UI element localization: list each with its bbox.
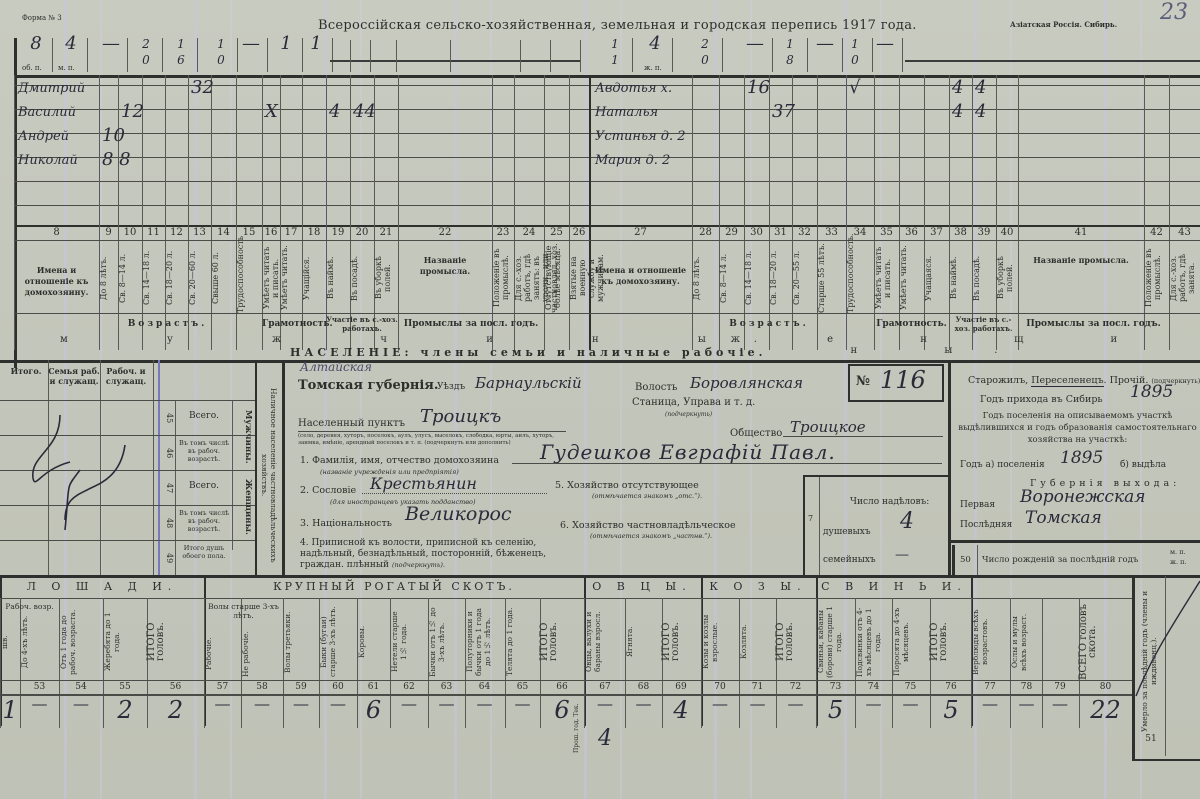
column-number: 16 [262,227,280,238]
group-label: Возрастъ. [692,319,846,329]
tally-label-total: об. п. [22,64,42,72]
column-header: Для с.-хоз. работъ, гдѣ занята. [1169,243,1200,313]
livestock-column-header: ИТОГО головъ. [776,604,815,680]
household-number-box: № 116 [848,364,944,402]
tally-cell: 2 0 [130,36,162,68]
births-fraction: м. п. ж. п. [1170,547,1187,567]
summary-row-num: 49 [160,548,174,568]
livestock-value[interactable]: — [1010,694,1043,713]
births-male: м. п. [1170,547,1187,557]
column-header: Трудоспособность [236,243,262,313]
q1-value[interactable]: Гудешков Евграфій Павл. [540,440,836,464]
livestock-value[interactable]: — [1042,694,1078,713]
column-header: Въ уборкѣ полей. [996,243,1018,313]
livestock-column-number: 58 [241,682,283,692]
livestock-column-header: Не рабочіе. [241,624,283,684]
births-num: 50 [960,555,971,565]
livestock-column-number: 70 [701,682,739,692]
stanitsa-label: Станица, Управа и т. д. [632,397,755,408]
livestock-column-header: ИТОГО головъ. [147,604,204,680]
tally-cell: 1 [270,36,302,52]
settlement-hint: (село, деревня, хуторъ, поселокъ, аулъ, … [298,433,568,447]
livestock-column-number: 77 [971,682,1009,692]
column-header: Свыше 60 л. [211,243,236,313]
first-value[interactable]: Воронежская [1020,487,1146,507]
column-header: Положеніе въ промыслѣ. [492,243,514,313]
livestock-column-number: 78 [1010,682,1043,692]
livestock-column-header: Отъ 1 года до рабоч. возраста. [59,604,103,680]
livestock-value[interactable]: — [283,694,319,713]
column-header: Св. 18—20 л. [165,243,188,313]
tally-cell: — [810,36,840,52]
livestock-value[interactable]: — [428,694,465,713]
livestock-column-header: Бычки отъ 1½ до 3-хъ лѣтъ. [428,604,465,680]
summary-header: Семья раб. и служащ. [48,366,100,386]
column-number: 43 [1169,227,1200,238]
female-cell[interactable]: 4 [975,101,986,122]
livestock-column-header: Ягнята. [625,604,662,680]
column-number: 30 [744,227,769,238]
tally-cell: — [740,36,770,52]
livestock-column-number: 59 [283,682,319,692]
summary-row-label: Итого душъ обоего пола. [176,544,232,560]
volost-label: Волость [635,382,677,393]
livestock-column-header: Козы и козлы взрослые. [701,604,739,680]
column-header: Св. 20—60 л. [188,243,211,313]
uezd-value[interactable]: Барнаульскій [475,374,582,392]
livestock-column-header: Свиньи, кабаны (борови) старше 1 года. [816,604,855,680]
column-number: 12 [165,227,188,238]
population-summary: Итого.Семья раб. и служащ.Рабоч. и служа… [0,360,280,575]
column-header: Имена и отношеніе къ домохозяину. [16,265,97,298]
livestock-value[interactable]: — [892,694,929,713]
female-name[interactable]: Мария д. 2 [595,153,670,168]
livestock-group-title: КРУПНЫЙ РОГАТЫЙ СКОТЪ. [204,580,584,593]
column-number: 9 [99,227,118,238]
province-printed: Томская губернія. [298,378,438,393]
summary-row-label: Всего. [176,482,232,490]
livestock-value[interactable]: — [20,694,59,713]
summary-row-label: Въ томъ числѣ въ рабоч. возрастѣ. [176,509,232,533]
livestock-column-number: 62 [390,682,428,692]
column-number: 40 [996,227,1018,238]
column-number: 36 [899,227,924,238]
page-number: 23 [1160,0,1188,25]
form-label: Форма № 3 [22,14,62,22]
column-header: Умѣетъ читать. [280,243,302,313]
column-header: До 8 лѣтъ. [99,243,118,313]
column-number: 38 [949,227,972,238]
livestock-column-header: Овцы, валухи и бараны взросл. [584,604,626,680]
livestock-column-header: Полуторники и бычки отъ 1 года до 1½ лѣт… [465,604,504,680]
female-cell[interactable]: √ [849,77,860,98]
settle-a-label: Годъ а) поселенія [960,460,1045,470]
livestock-column-number: 65 [505,682,540,692]
livestock-value[interactable]: — [776,694,815,713]
tally-cell: — [95,36,127,52]
livestock-column-number: 64 [465,682,504,692]
tally-row-left: 84—2 01 61 0—11об. п.м. п. [20,36,580,74]
column-header: Св. 18—20 л. [769,243,792,313]
province-handwritten: Алтайская [300,360,372,374]
column-number: 20 [350,227,374,238]
column-number: 25 [544,227,569,238]
livestock-value[interactable]: — [855,694,892,713]
livestock-value[interactable]: 5 [816,696,855,724]
livestock-value[interactable]: — [465,694,504,713]
q1-label: 1. Фамилія, имя, отчество домохозяина [300,455,499,466]
column-header: Умѣетъ читать и писать. [262,243,280,313]
uezd-label: Уѣздъ [437,382,465,392]
tally-cell: 1 0 [205,36,237,68]
male-cell[interactable]: 8 8 [102,149,131,170]
tally-cell: 1 8 [775,36,805,68]
column-number: 41 [1018,227,1144,238]
male-cell[interactable]: 12 [121,101,144,122]
column-number: 27 [589,227,692,238]
column-header: Отсутствующіе болѣе мѣсяца. [544,243,569,313]
column-number: 22 [398,227,492,238]
settle-b-label: б) выдѣла [1120,460,1166,470]
column-header: Въ посадѣ. [972,243,996,313]
stanitsa-hint: (подчеркнуть) [665,411,712,418]
female-cell[interactable]: 4 [952,101,963,122]
livestock-group-title: С В И Н Ь И. [816,580,972,593]
female-cell[interactable]: 4 [975,77,986,98]
q5-hint: (отмѣчается знакомъ „отс.“). [592,492,702,500]
livestock-column-header: До 4-хъ лѣтъ. [20,604,59,680]
status-option-pereselenets[interactable]: Переселенецъ [1031,375,1103,387]
summary-group: Мужчины. [234,404,252,470]
livestock-column-header: Коровы. [357,604,390,680]
settlement-label: Населенный пунктъ [298,418,405,429]
column-header: До 8 лѣтъ. [692,243,719,313]
population-banner: НАСЕЛЕНІЕ: члены семьи и наличные рабочі… [290,346,766,359]
family-allotments-value[interactable]: — [895,547,909,563]
q7-num: 7 [808,514,813,523]
livestock-value[interactable]: — [971,694,1009,713]
livestock-column-number: 76 [930,682,972,692]
livestock-column-number: 79 [1042,682,1078,692]
region-label: Азіатская Россія. Сибирь. [1010,20,1117,29]
livestock-column-header: Козлята. [739,604,776,680]
group-label: Возрастъ. [99,319,236,329]
male-cell[interactable]: 44 [353,101,376,122]
tally-label-female: ж. п. [644,64,662,72]
column-number: 33 [817,227,846,238]
female-cell[interactable]: 16 [747,77,770,98]
tally-cell: 2 0 [690,36,720,68]
sheep-sub-labels: Прош. год. Тек. [572,698,582,758]
livestock-column-number: 55 [103,682,147,692]
column-header: Св. 14—18 л. [744,243,769,313]
livestock-column-header: ИТОГО головъ. [540,604,584,680]
females-section-label: ж е н щ и н ы. [690,334,1200,356]
group-label: Промыслы за посл. годъ. [398,319,544,329]
q4-hint: (подчеркнуть). [392,561,445,569]
livestock-column-header: ИТОГО головъ. [662,604,700,680]
column-header: Названіе промысла. [1020,255,1142,266]
livestock-column-header: Поросята до 4-хъ мѣсяцевъ. [892,604,929,680]
column-number: 32 [792,227,817,238]
livestock-column-number: 60 [319,682,357,692]
column-number: 26 [569,227,589,238]
livestock-value[interactable]: — [390,694,428,713]
q6-label: 6. Хозяйство частновладѣльческое [560,520,736,531]
settle-a-value[interactable]: 1895 [1060,448,1103,468]
tally-cell: 4 [55,36,87,52]
summary-group: Женщины. [234,474,252,540]
column-header: Взятые на военную службу и мужчинам. [569,243,589,313]
deaths-strike [1132,576,1200,706]
livestock-table: Л О Ш А Д И.КРУПНЫЙ РОГАТЫЙ СКОТЪ.О В Ц … [0,576,1200,799]
tally-cell: 1 [300,36,332,52]
livestock-column-number: 75 [892,682,929,692]
livestock-column-header: Рабочіе. [204,624,241,684]
column-header: Учащійся. [302,243,326,313]
livestock-column-number: 72 [776,682,815,692]
tally-cell: 1 1 [600,36,630,68]
tally-cell: 1 6 [165,36,197,68]
livestock-column-header: Жеребята до 1 года. [103,604,147,680]
column-number: 29 [719,227,744,238]
q6-hint: (отмѣчается знакомъ „частнв.“). [590,532,712,540]
column-header: Св. 14—18 л. [142,243,165,313]
livestock-column-number: 73 [816,682,855,692]
arrival-label: Годъ прихода въ Сибирь [980,394,1103,405]
livestock-column-number: 54 [59,682,103,692]
livestock-value[interactable]: 6 [357,696,390,724]
column-header: Въ наймѣ. [949,243,972,313]
livestock-value-sheep-current[interactable]: 4 [584,726,626,751]
births-label: Число рожденій за послѣдній годъ [982,555,1138,565]
group-label: Грамотность. [874,319,949,329]
tally-label-male: м. п. [58,64,75,72]
livestock-column-number: 61 [357,682,390,692]
livestock-value[interactable]: 2 [147,696,204,724]
allotments-label: Число надѣловъ: [850,497,929,507]
livestock-column-number: 56 [147,682,204,692]
livestock-column-number: 74 [855,682,892,692]
soul-allotments-value[interactable]: 4 [900,509,914,534]
last-value[interactable]: Томская [1025,508,1102,528]
tally-cell: 4 [640,36,670,52]
livestock-column-number: 67 [584,682,626,692]
first-label: Первая [960,500,995,510]
livestock-column-header: ИТОГО головъ. [930,604,972,680]
livestock-value[interactable]: 2 [103,696,147,724]
summary-side-label: Наличное населеніе частновладѣльческихъ … [258,380,278,570]
q5-label: 5. Хозяйство отсутствующее [555,480,699,491]
oxen-subheader: Волы старше 3-хъ лѣтъ. [204,602,283,620]
form-title: Всероссійская сельско-хозяйственная, зем… [318,18,917,33]
births-female: ж. п. [1170,557,1187,567]
male-name[interactable]: Дмитрий [18,81,85,96]
livestock-value[interactable]: — [505,694,540,713]
group-label: Грамотность. [262,319,326,329]
livestock-column-number: 71 [739,682,776,692]
male-name[interactable]: Андрей [18,129,69,144]
column-number: 19 [326,227,350,238]
male-name[interactable]: Николай [18,153,78,168]
livestock-group-title: К О З Ы. [701,580,815,593]
livestock-column-header: шв. [0,604,20,680]
column-number: 18 [302,227,326,238]
livestock-value[interactable]: — [584,694,626,713]
livestock-column-header: Подсвинки отъ 4-хъ мѣсяцевъ до 1 года. [855,604,892,680]
column-number: 10 [118,227,142,238]
arrival-value[interactable]: 1895 [1130,382,1173,402]
livestock-group-title: Л О Ш А Д И. [0,580,204,593]
census-form: Форма № 3 Всероссійская сельско-хозяйств… [0,0,1200,799]
male-cell[interactable]: 32 [191,77,214,98]
column-number: 17 [280,227,302,238]
livestock-value[interactable]: — [701,694,739,713]
livestock-column-header: Волы третьяки. [283,604,319,680]
column-number: 42 [1144,227,1169,238]
column-header: Названіе промысла. [400,255,490,277]
female-name[interactable]: Наталья [595,105,658,120]
female-cell[interactable]: 4 [952,77,963,98]
livestock-column-number: 69 [662,682,700,692]
soul-allotments-label: душевыхъ [823,527,871,537]
society-label: Общество [730,428,782,439]
livestock-column-header: Быки (бугаи) старше 3-хъ лѣтъ. [319,604,357,680]
male-cell[interactable]: X [265,101,278,122]
tally-cell: 1 0 [840,36,870,68]
status-option-starozhil[interactable]: Старожилъ [968,375,1025,386]
female-name[interactable]: Устинья д. 2 [595,129,686,144]
tally-cell: — [870,36,900,52]
column-number: 37 [924,227,949,238]
tally-cell: 8 [20,36,52,52]
column-number: 21 [374,227,398,238]
female-cell[interactable]: 37 [772,101,795,122]
livestock-value[interactable]: 1 [0,696,20,724]
column-header: Въ уборкѣ полей. [374,243,398,313]
q3-value[interactable]: Великорос [405,503,512,525]
livestock-column-number: 63 [428,682,465,692]
handwritten-strike [25,410,175,540]
allotments-box: 7 Число надѣловъ: душевыхъ 4 семейныхъ — [803,475,950,577]
livestock-value[interactable]: 4 [662,696,700,724]
household-number[interactable]: 116 [880,366,926,394]
tally-row-right: 1 142 0—1 8—1 0—ж. п. [600,36,1200,74]
livestock-column-header: Нетели старше 1½ года. [390,604,428,680]
column-header: Старше 55 лѣтъ. [817,243,846,313]
livestock-value[interactable]: — [739,694,776,713]
column-number: 28 [692,227,719,238]
column-number: 8 [14,227,99,238]
column-header: Умѣетъ читать и писать. [874,243,899,313]
livestock-column-header: Телята до 1 года. [505,604,540,680]
male-cell[interactable]: 10 [102,125,125,146]
population-grid: 8910111213141516171819202122232425262728… [14,75,1200,350]
livestock-value[interactable]: — [625,694,662,713]
settlement-value[interactable]: Троицкъ [420,406,501,427]
q2-label: 2. Сословіе [300,485,356,496]
male-cell[interactable]: 4 [329,101,340,122]
column-header: Для с.-хоз. работъ, гдѣ занятъ: въ урочн… [514,243,544,313]
group-label: Участіе въ с.-хоз. работахъ. [326,315,398,333]
female-name[interactable]: Авдотья х. [595,81,672,96]
column-header: Имена и отношеніе къ домохозяину. [591,265,690,287]
livestock-column-number: 68 [625,682,662,692]
livestock-value[interactable]: — [319,694,357,713]
column-header: Положеніе въ промыслѣ. [1144,243,1169,313]
column-header: Трудоспособность. [846,243,874,313]
livestock-value[interactable]: — [204,694,241,713]
livestock-value[interactable]: 5 [930,696,972,724]
summary-row-label: Въ томъ числѣ въ рабоч. возрастѣ. [176,439,232,463]
group-label: Промыслы за посл. годъ. [1018,319,1169,329]
livestock-column-number: 53 [20,682,59,692]
column-number: 31 [769,227,792,238]
settle-text: Годъ поселенія на описываемомъ участкѣ в… [955,410,1200,446]
column-header: Св. 20—55 л. [792,243,817,313]
livestock-column-header: Верблюды всѣхъ возрастовъ. [971,604,1009,680]
group-label: Участіе въ с.-хоз. работахъ. [949,315,1018,333]
society-value[interactable]: Троицкое [790,418,866,436]
tally-cell: — [235,36,267,52]
livestock-value[interactable]: 22 [1079,696,1132,724]
column-number: 11 [142,227,165,238]
deaths-num: 51 [1140,734,1162,744]
column-number: 13 [188,227,211,238]
summary-row-label: Всего. [176,412,232,420]
column-number: 35 [874,227,899,238]
column-number: 14 [211,227,236,238]
column-header: Въ наймѣ. [326,243,350,313]
summary-header: Рабоч. и служащ. [100,366,152,386]
livestock-group-title: О В Ц Ы. [584,580,700,593]
summary-header: Итого. [0,366,52,376]
q2-value[interactable]: Крестьянин [370,474,477,493]
number-label: № [856,374,870,389]
column-number: 24 [514,227,544,238]
column-header: Св. 8—14 л. [719,243,744,313]
column-header: Въ посадѣ. [350,243,374,313]
livestock-column-header: Ослы и мулы всѣхъ возраст. [1010,604,1043,680]
column-header: Св. 8—14 л. [118,243,142,313]
q3-label: 3. Національность [300,518,392,529]
livestock-column-number: 66 [540,682,584,692]
livestock-value[interactable]: — [241,694,283,713]
last-label: Послѣдняя [960,520,1012,530]
column-number: 39 [972,227,996,238]
male-name[interactable]: Василий [18,105,76,120]
livestock-column-number: 80 [1079,682,1132,692]
family-allotments-label: семейныхъ [823,555,876,565]
column-header: Умѣетъ читать. [899,243,924,313]
q4-label: 4. Приписной къ волости, приписной къ се… [300,538,570,571]
horses-subheader: Рабоч. возр. [0,602,59,611]
livestock-column-number: 57 [204,682,241,692]
livestock-column-header: ВСЕГО головъ скота. [1079,604,1132,680]
livestock-value[interactable]: — [59,694,103,713]
volost-value[interactable]: Боровлянская [690,374,803,392]
column-header: Учащаяся. [924,243,949,313]
column-number: 23 [492,227,514,238]
